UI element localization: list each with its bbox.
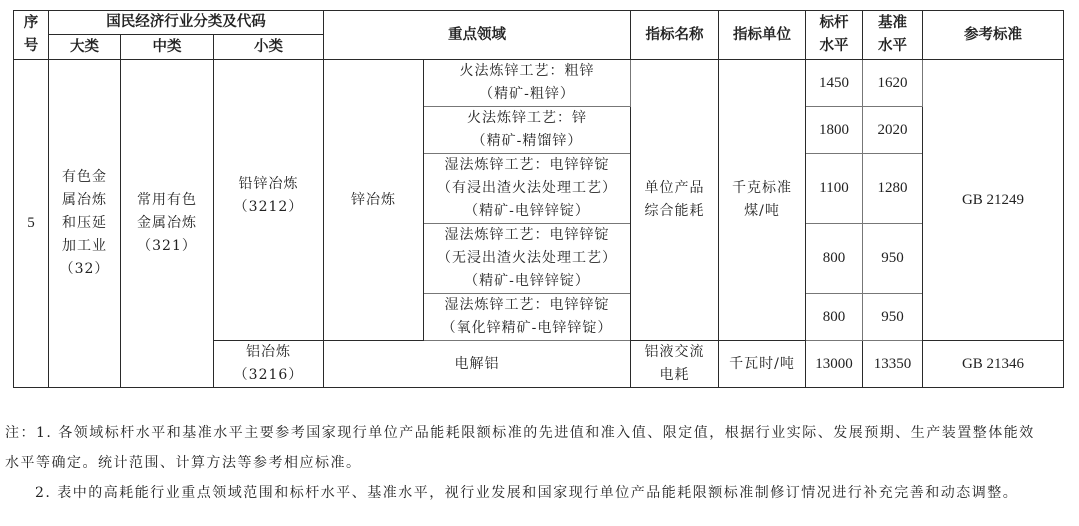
cell-benchmark: 1100 xyxy=(806,154,863,224)
cell-major: 有色金属冶炼和压延加工业（32） xyxy=(49,60,121,388)
cell-minor-aluminum: 铝冶炼（3216） xyxy=(214,341,324,388)
cell-benchmark: 800 xyxy=(806,224,863,294)
note-1-line-1: 注：1. 各领域标杆水平和基准水平主要参考国家现行单位产品能耗限额标准的先进值和… xyxy=(5,418,1075,448)
header-reference: 参考标准 xyxy=(923,11,1064,60)
header-major: 大类 xyxy=(49,35,121,60)
cell-reference-aluminum: GB 21346 xyxy=(923,341,1064,388)
header-baseline: 基准水平 xyxy=(863,11,923,60)
header-minor: 小类 xyxy=(214,35,324,60)
header-indicator-unit: 指标单位 xyxy=(719,11,806,60)
process-row: 湿法炼锌工艺：电锌锌锭（无浸出渣火法处理工艺）（精矿-电锌锌锭） xyxy=(424,224,631,294)
cell-baseline: 1280 xyxy=(863,154,923,224)
header-medium: 中类 xyxy=(121,35,214,60)
process-row: 火法炼锌工艺：粗锌（精矿-粗锌） xyxy=(424,60,631,107)
cell-baseline: 2020 xyxy=(863,107,923,154)
cell-benchmark: 800 xyxy=(806,294,863,341)
cell-seq: 5 xyxy=(14,60,49,388)
energy-benchmark-table: 序号 国民经济行业分类及代码 重点领域 指标名称 指标单位 标杆水平 基准水平 … xyxy=(13,10,1064,388)
cell-indicator-unit-zinc: 千克标准煤/吨 xyxy=(719,60,806,341)
cell-benchmark: 1450 xyxy=(806,60,863,107)
cell-medium: 常用有色金属冶炼（321） xyxy=(121,60,214,388)
cell-baseline-aluminum: 13350 xyxy=(863,341,923,388)
process-row: 火法炼锌工艺：锌（精矿-精馏锌） xyxy=(424,107,631,154)
header-seq: 序号 xyxy=(14,11,49,60)
cell-indicator-unit-aluminum: 千瓦时/吨 xyxy=(719,341,806,388)
note-1-line-2: 水平等确定。统计范围、计算方法等参考相应标准。 xyxy=(5,448,1075,478)
cell-baseline: 1620 xyxy=(863,60,923,107)
cell-baseline: 950 xyxy=(863,224,923,294)
cell-minor-zinc: 铅锌冶炼（3212） xyxy=(214,60,324,341)
header-indicator-name: 指标名称 xyxy=(631,11,719,60)
cell-indicator-name-zinc: 单位产品综合能耗 xyxy=(631,60,719,341)
header-classification: 国民经济行业分类及代码 xyxy=(49,11,324,35)
process-row: 湿法炼锌工艺：电锌锌锭（有浸出渣火法处理工艺）（精矿-电锌锌锭） xyxy=(424,154,631,224)
note-2: 2. 表中的高耗能行业重点领域范围和标杆水平、基准水平，视行业发展和国家现行单位… xyxy=(5,478,1075,508)
header-key-area: 重点领域 xyxy=(324,11,631,60)
cell-reference-zinc: GB 21249 xyxy=(923,60,1064,341)
cell-area-aluminum: 电解铝 xyxy=(324,341,631,388)
cell-benchmark-aluminum: 13000 xyxy=(806,341,863,388)
header-benchmark: 标杆水平 xyxy=(806,11,863,60)
table-notes: 注：1. 各领域标杆水平和基准水平主要参考国家现行单位产品能耗限额标准的先进值和… xyxy=(5,418,1075,508)
cell-benchmark: 1800 xyxy=(806,107,863,154)
cell-indicator-name-aluminum: 铝液交流电耗 xyxy=(631,341,719,388)
cell-area-zinc: 锌冶炼 xyxy=(324,60,424,341)
process-row: 湿法炼锌工艺：电锌锌锭（氧化锌精矿-电锌锌锭） xyxy=(424,294,631,341)
cell-baseline: 950 xyxy=(863,294,923,341)
